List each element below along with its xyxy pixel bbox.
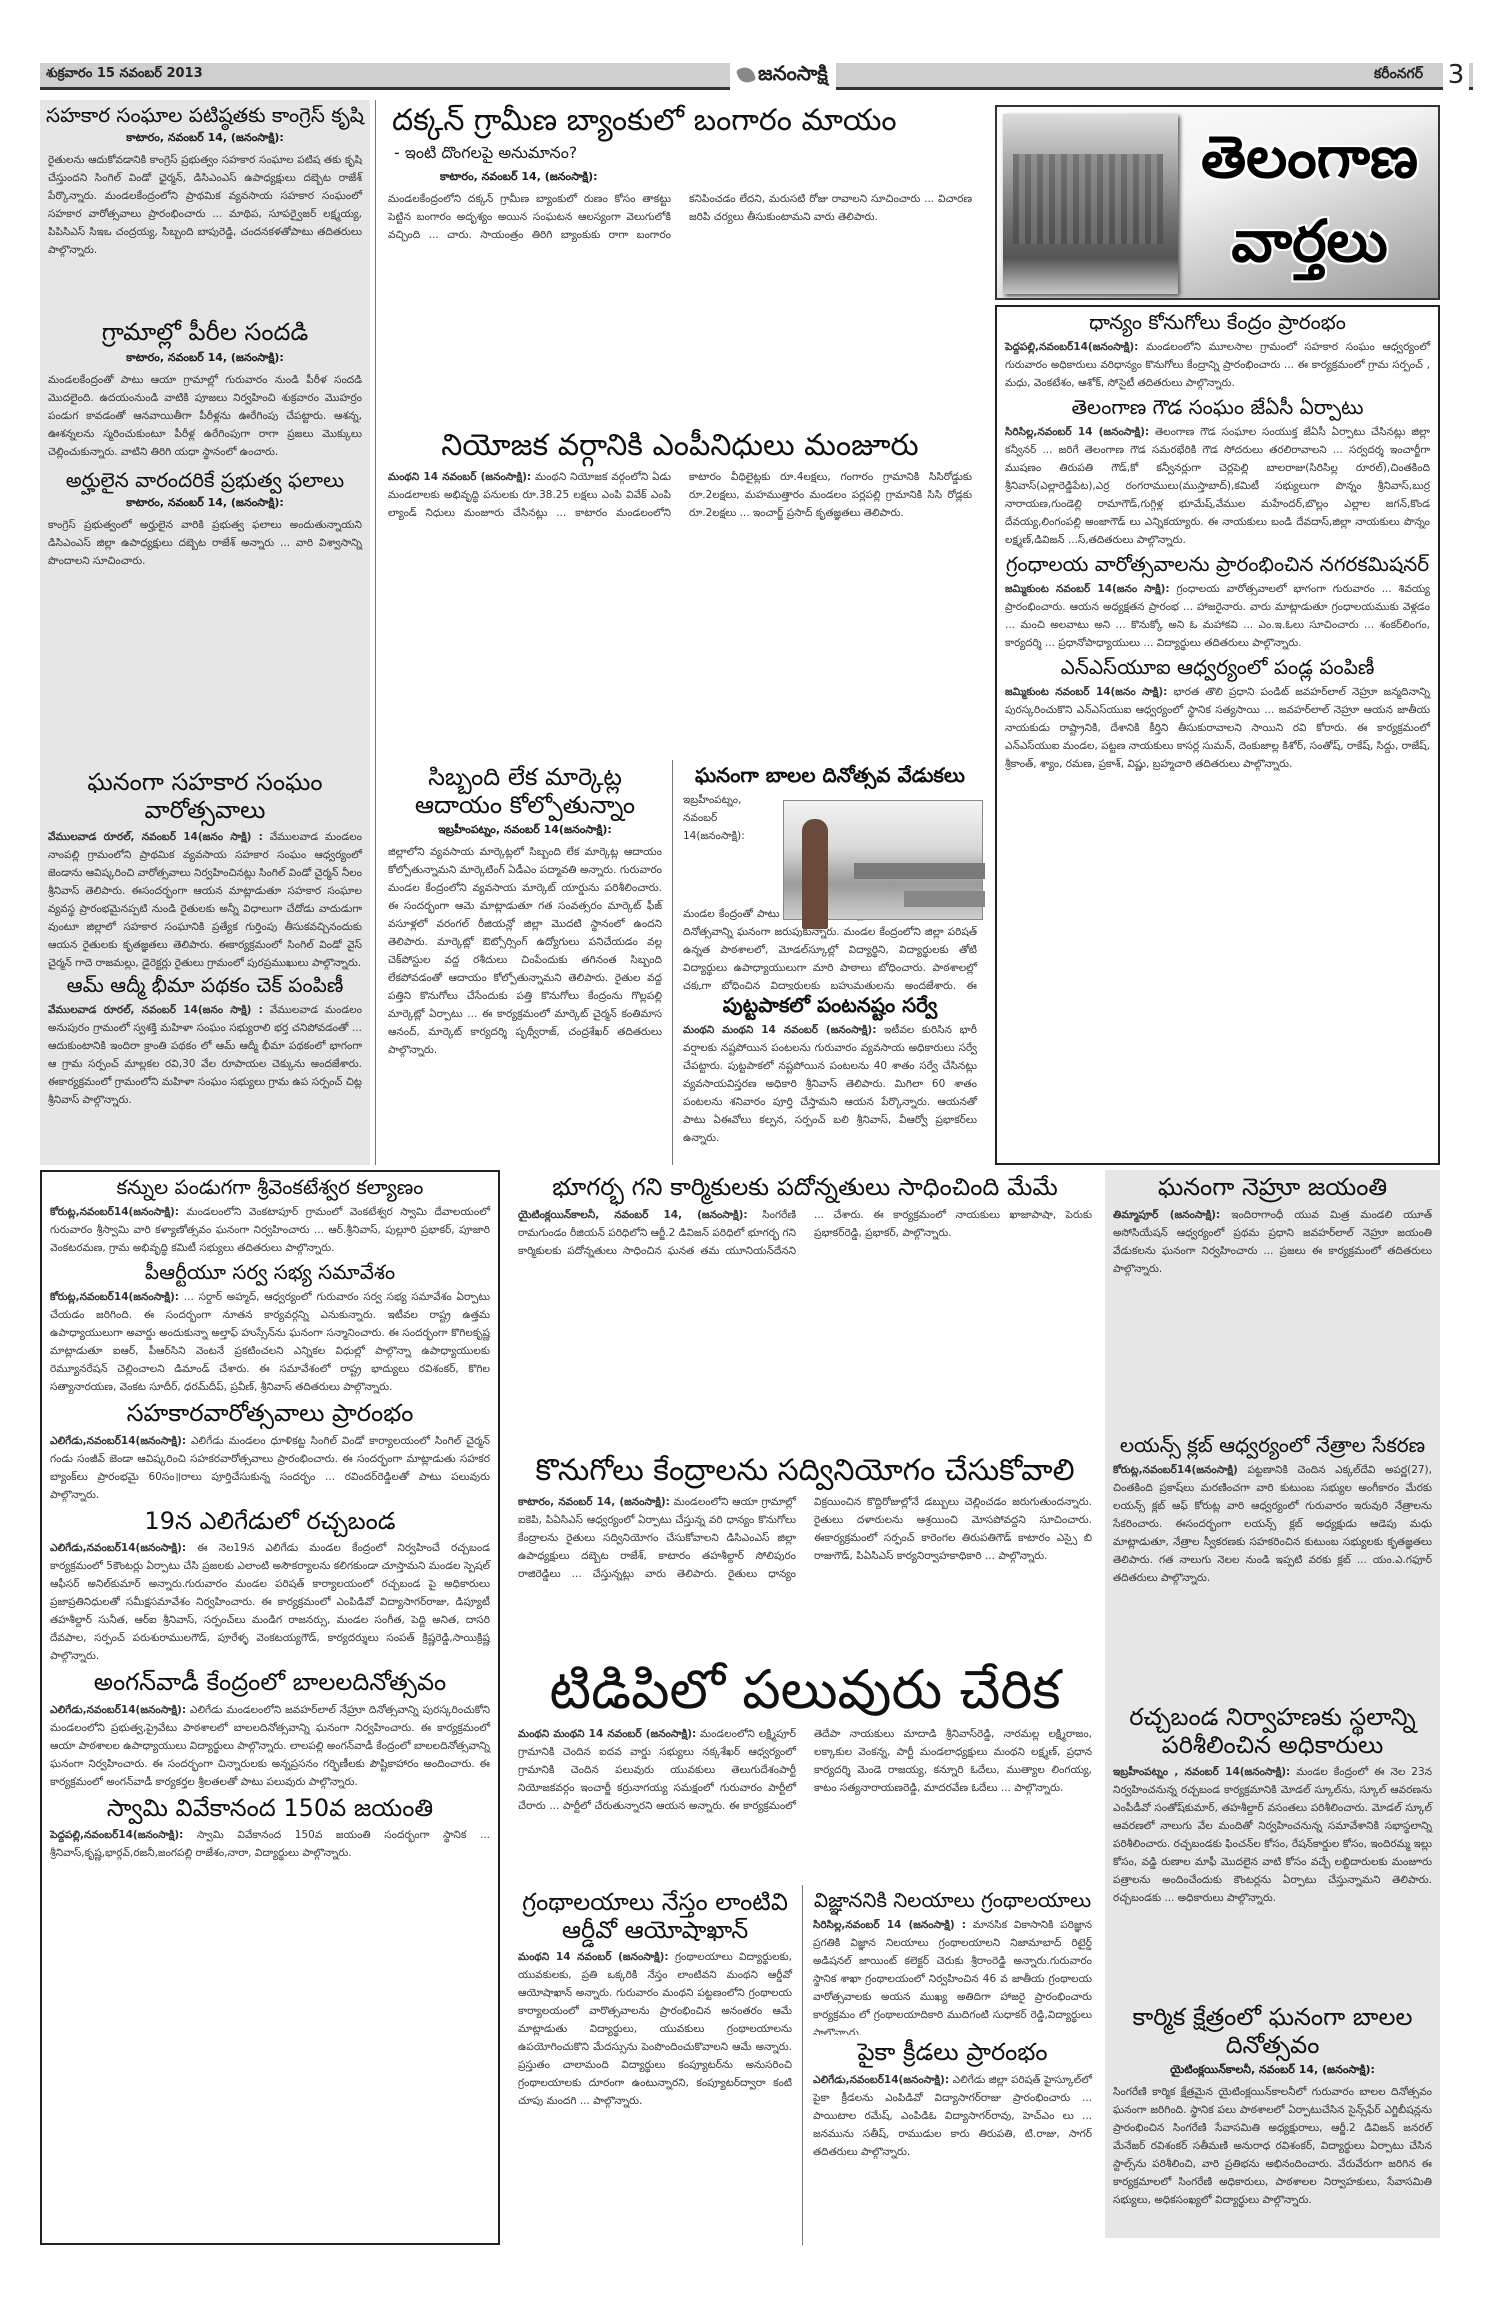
edition-name: కరీంనగర్ (1374, 66, 1423, 85)
headline: దక్కన్ గ్రామీణ బ్యాంకులో బంగారం మాయం (392, 104, 974, 139)
dateline: కోరుట్ల,నవంబర్14(జనంసాక్షి): (50, 1291, 179, 1303)
headline: టిడిపిలో పలువురు చేరిక (516, 1659, 1094, 1721)
headline: గ్రామాల్లో పీరీల సందడి (46, 319, 364, 347)
headline: తెలంగాణ గౌడ సంఘం జేఏసీ ఏర్పాటు (1003, 396, 1432, 419)
page-number: 3 (1443, 60, 1469, 90)
article-sibbandi-leka: సిబ్బంది లేక మార్కెట్ల ఆదాయం కోల్పోతున్న… (380, 760, 670, 1165)
dateline: మంథని 14 నవంబర్ (జనంసాక్షి): (518, 1951, 669, 1963)
article-body: సింగరేణి కార్మిక క్షేత్రమైన యైటింక్లయిన్… (1113, 2083, 1432, 2209)
headline: విజ్ఞాననికి నిలయాలు గ్రంథాలయాలు (811, 1889, 1094, 1912)
headline: కొనుగోలు కేంద్రాలను సద్వినియోగం చేసుకోవా… (516, 1454, 1094, 1489)
dateline: ఇబ్రహీంపట్నం, నవంబర్ 14(జనంసాక్షి): (386, 823, 664, 839)
article-grandhalaya-commissioner: గ్రంధాలయ వారోత్సవాలను ప్రారంభించిన నగరకమ… (997, 553, 1438, 652)
golconda-fort-photo (1003, 114, 1178, 294)
article-lions-club: లయన్స్ క్లబ్ ఆధ్వర్యంలో నేత్రాల సేకరణ కో… (1105, 1430, 1440, 1700)
article-vignana-nilayalu: విజ్ఞాననికి నిలయాలు గ్రంథాలయాలు సిరిసిల్… (805, 1885, 1100, 2035)
article-grandhalayalu-nestham: గ్రంథాలయాలు నేస్తం లాంటివి ఆర్డీవో ఆయోషా… (510, 1885, 800, 2245)
subheadline: - ఇంటి దొంగలపై అనుమానం? (394, 143, 966, 166)
issue-date: శుక్రవారం 15 నవంబర్ 2013 (46, 66, 203, 84)
dateline: తిమ్మాపూర్ (జనంసాక్షి): (1113, 1209, 1220, 1221)
headline: గ్రంధాలయ వారోత్సవాలను ప్రారంభించిన నగరకమ… (1003, 553, 1432, 576)
headline: రచ్చబండ నిర్వాహణకు స్థలాన్ని పరిశీలించిన… (1111, 1704, 1434, 1759)
headline: అర్హులైన వారందరికే ప్రభుత్వ ఫలాలు (46, 469, 364, 492)
dateline: కోరుట్ల,నవంబర్14(జనంసాక్షి) (1113, 1464, 1238, 1476)
headline: భూగర్భ గని కార్మికులకు పదోన్నతులు సాధించ… (516, 1174, 1094, 1202)
article-body: యైటింక్లయిన్‌కాలనీ, నవంబర్ 14, (జనంసాక్ష… (518, 1206, 1092, 1260)
dateline: జమ్మికుంట నవంబర్ 14(జనం సాక్షి): (1005, 583, 1170, 595)
article-body: మండలకేంద్రంలోని దక్కన్ గ్రామీణ బ్యాంకులో… (388, 190, 972, 244)
dateline: కాటారం, నవంబర్ 14, (జనంసాక్షి): (46, 496, 364, 512)
article-telangana-gouda: తెలంగాణ గౌడ సంఘం జేఏసీ ఏర్పాటు సిరిసిల్ల… (997, 396, 1438, 549)
article-body: జిల్లాలోని వ్యవసాయ మార్కెట్లలో సిబ్బంది … (388, 843, 662, 1059)
headline: కన్నుల పండుగగా శ్రీవెంకటేశ్వర కల్యాణం (48, 1176, 492, 1199)
article-balala-dinotsava: ఘనంగా బాలల దినోత్సవ వేడుకలు ఇబ్రహీంపట్నం… (675, 760, 985, 990)
article-body: మండలకేంద్రంతో పాటు ఆయా గ్రామాల్లో గురువా… (48, 371, 362, 461)
dateline: మంథని మంథని 14 నవంబర్ (జనంసాక్షి): (683, 1024, 876, 1036)
headline: నియోజక వర్గానికి ఎంపీనిధులు మంజూరు (386, 429, 974, 464)
dateline: కాటారం, నవంబర్ 14, (జనంసాక్షి): (46, 351, 364, 367)
dateline: కాటారం, నవంబర్ 14, (జనంసాక్షి): (46, 131, 364, 147)
article-peerla-sandadi: గ్రామాల్లో పీరీల సందడి కాటారం, నవంబర్ 14… (40, 315, 370, 465)
headline: సహకారవారోత్సవాలు ప్రారంభం (48, 1400, 492, 1428)
headline: పీఆర్టీయూ సర్వ సభ్య సమావేశం (48, 1261, 492, 1284)
article-aam-admi: ఆమ్ ఆద్మీ భీమా పథకం చెక్ పంపిణీ వేములవాడ… (40, 970, 370, 1165)
article-puttapaka: పుట్టపాకలో పంటనష్టం సర్వే మంథని మంథని 14… (675, 990, 985, 1165)
article-rachabanda-19: 19న ఎలిగేడులో రచ్చబండ ఎలిగేడు,నవంబర్14(జ… (42, 1508, 498, 1666)
article-vivekananda: స్వామి వివేకానంద 150వ జయంతి పెద్దపల్లి,న… (42, 1795, 498, 1863)
headline: పుట్టపాకలో పంటనష్టం సర్వే (681, 994, 979, 1017)
dateline: కాటారం, నవంబర్ 14, (జనంసాక్షి): (518, 1496, 670, 1508)
headline: సిబ్బంది లేక మార్కెట్ల ఆదాయం కోల్పోతున్న… (386, 764, 664, 819)
headline: ఆమ్ ఆద్మీ భీమా పథకం చెక్ పంపిణీ (46, 974, 364, 997)
article-arhulaina: అర్హులైన వారందరికే ప్రభుత్వ ఫలాలు కాటారం… (40, 465, 370, 765)
headline: ఘనంగా సహకార సంఘం వారోత్సవాలు (46, 769, 364, 824)
dateline: జమ్మికుంట నవంబర్ 14(జనం సాక్షి): (1005, 686, 1167, 698)
headline: లయన్స్ క్లబ్ ఆధ్వర్యంలో నేత్రాల సేకరణ (1111, 1434, 1434, 1457)
article-body: మంథని మంథని 14 నవంబర్ (జనంసాక్షి): మండలం… (518, 1725, 1092, 1815)
article-rachabanda-sthalam: రచ్చబండ నిర్వాహణకు స్థలాన్ని పరిశీలించిన… (1105, 1700, 1440, 2000)
headline: అంగన్‌వాడీ కేంద్రంలో బాలలదినోత్సవం (48, 1669, 492, 1697)
article-dhanyam-konugolu: ధాన్యం కోనుగోలు కేంద్రం ప్రారంభం పెద్దపల… (997, 311, 1438, 392)
classroom-photo (783, 800, 983, 920)
article-body: రైతులను ఆదుకోవడానికి కాంగ్రెస్ ప్రభుత్వం… (48, 151, 362, 259)
dateline: వేములవాడ రూరల్, నవంబర్ 14(జనం సాక్షి) : (48, 1004, 263, 1016)
headline: 19న ఎలిగేడులో రచ్చబండ (48, 1508, 492, 1536)
headline: ఘనంగా బాలల దినోత్సవ వేడుకలు (681, 764, 979, 787)
dateline: పెద్దపల్లి,నవంబర్14(జనంసాక్షి): (1005, 341, 1138, 353)
banner-title: తెలంగాణ వార్తలు (1187, 115, 1432, 283)
article-body: మంథని మంథని 14 నవంబర్ (జనంసాక్షి): ఇటీవల… (683, 1021, 977, 1147)
headline: కార్మిక క్షేత్రంలో ఘనంగా బాలల దినోత్సవం (1111, 2004, 1434, 2059)
article-karmika-kshetram: కార్మిక క్షేత్రంలో ఘనంగా బాలల దినోత్సవం … (1105, 2000, 1440, 2238)
dateline: ఎలిగేడు,నవంబర్14(జనంసాక్షి): (50, 1435, 186, 1447)
map-leaf-icon (736, 65, 757, 86)
article-tdp-cherika: టిడిపిలో పలువురు చేరిక మంథని మంథని 14 నవ… (510, 1655, 1100, 1885)
article-body: కాంగ్రెస్ ప్రభుత్వంలో అర్హులైన వారికి ప్… (48, 516, 362, 570)
dateline: సిరిసిల్ల,నవంబర్ 14 (జనంసాక్షి) : (813, 1919, 966, 1931)
dateline: ఎలిగేడు,నవంబర్14(జనంసాక్షి): (813, 2074, 949, 2086)
masthead: శుక్రవారం 15 నవంబర్ 2013 జనంసాక్షి కరీంన… (40, 63, 1473, 90)
dateline: కాటారం, నవంబర్ 14, (జనంసాక్షి): (440, 170, 974, 186)
bottom-left-section: కన్నుల పండుగగా శ్రీవెంకటేశ్వర కల్యాణం కో… (40, 1170, 500, 2245)
headline: ఘనంగా నెహ్రూ జయంతి (1111, 1174, 1434, 1202)
article-venkateshwara-kalyanam: కన్నుల పండుగగా శ్రీవెంకటేశ్వర కల్యాణం కో… (42, 1176, 498, 1257)
dateline: యైటింక్లయిన్‌కాలనీ, నవంబర్ 14, (జనంసాక్ష… (518, 1209, 748, 1221)
headline: ధాన్యం కోనుగోలు కేంద్రం ప్రారంభం (1003, 311, 1432, 334)
dateline: ఇబ్రహీంపట్నం, నవంబర్ 14(జనంసాక్షి): (683, 791, 775, 845)
dateline: ఎలిగేడు,నవంబర్14(జనంసాక్షి): (50, 1704, 186, 1716)
telangana-news-section: ధాన్యం కోనుగోలు కేంద్రం ప్రారంభం పెద్దపల… (995, 305, 1440, 1165)
headline: గ్రంథాలయాలు నేస్తం లాంటివి ఆర్డీవో ఆయోషా… (516, 1889, 794, 1944)
telangana-news-banner: తెలంగాణ వార్తలు (995, 105, 1440, 300)
article-konugolu-sadviniyogam: కొనుగోలు కేంద్రాలను సద్వినియోగం చేసుకోవా… (510, 1450, 1100, 1650)
article-prtu: పీఆర్టీయూ సర్వ సభ్య సమావేశం కోరుట్ల,నవంబ… (42, 1261, 498, 1396)
dateline: మంథని మంథని 14 నవంబర్ (జనంసాక్షి): (518, 1728, 696, 1740)
article-deccan-grameena: దక్కన్ గ్రామీణ బ్యాంకులో బంగారం మాయం - ఇ… (380, 100, 980, 420)
article-ghananga-sahakara: ఘనంగా సహకార సంఘం వారోత్సవాలు వేములవాడ రూ… (40, 765, 370, 970)
column-divider (672, 760, 673, 1165)
paper-name: జనంసాక్షి (758, 61, 828, 90)
column-divider (375, 100, 376, 1165)
article-paika-kreedalu: పైకా క్రీడలు ప్రారంభం ఎలిగేడు,నవంబర్14(జ… (805, 2035, 1100, 2245)
article-body: వేములవాడ రూరల్, నవంబర్ 14(జనం సాక్షి) : … (48, 1001, 362, 1109)
dateline: సిరిసిల్ల,నవంబర్ 14 (జనంసాక్షి): (1005, 426, 1149, 438)
article-sahakara-varotsavalu: సహకారవారోత్సవాలు ప్రారంభం ఎలిగేడు,నవంబర్… (42, 1400, 498, 1504)
dateline: కోరుట్ల,నవంబర్14(జనంసాక్షి): (50, 1206, 179, 1218)
article-body: కాటారం, నవంబర్ 14, (జనంసాక్షి): మండలంలోన… (518, 1493, 1092, 1583)
dateline: పెద్దపల్లి,నవంబర్14(జనంసాక్షి): (50, 1829, 183, 1841)
article-sahakara-congress: సహకార సంఘాల పటిష్ఠతకు కాంగ్రెస్ కృషి కాట… (40, 100, 370, 315)
article-nsui-pandla: ఎన్‌ఎస్‌యూఐ ఆధ్వర్యంలో పండ్ల పంపిణీ జమ్మ… (997, 656, 1438, 773)
column-divider (802, 1885, 803, 2245)
dateline: ఎలిగేడు,నవంబర్14(జనంసాక్షి): (50, 1542, 186, 1554)
headline: సహకార సంఘాల పటిష్ఠతకు కాంగ్రెస్ కృషి (46, 104, 364, 127)
dateline: ఇబ్రహీంపట్నం , నవంబర్ 14(జనంసాక్షి): (1113, 1766, 1290, 1778)
article-niyojaka: నియోజక వర్గానికి ఎంపీనిధులు మంజూరు మంథని… (380, 425, 980, 755)
headline: ఎన్‌ఎస్‌యూఐ ఆధ్వర్యంలో పండ్ల పంపిణీ (1003, 656, 1432, 679)
dateline: వేములవాడ రూరల్, నవంబర్ 14(జనం సాక్షి) : (48, 831, 263, 843)
article-anganwadi: అంగన్‌వాడీ కేంద్రంలో బాలలదినోత్సవం ఎలిగే… (42, 1669, 498, 1791)
article-bhugarbha-gani: భూగర్భ గని కార్మికులకు పదోన్నతులు సాధించ… (510, 1170, 1100, 1445)
headline: పైకా క్రీడలు ప్రారంభం (811, 2039, 1094, 2067)
article-body: మంథని 14 నవంబర్ (జనంసాక్షి): మంథని నియోజ… (388, 468, 972, 522)
dateline: యైటింక్లయిన్‌కాలనీ, నవంబర్ 14, (జనంసాక్ష… (1111, 2063, 1434, 2079)
article-nehru-jayanthi: ఘనంగా నెహ్రూ జయంతి తిమ్మాపూర్ (జనంసాక్షి… (1105, 1170, 1440, 1430)
article-body: వేములవాడ రూరల్, నవంబర్ 14(జనం సాక్షి) : … (48, 828, 362, 970)
dateline: మంథని 14 నవంబర్ (జనంసాక్షి): (388, 471, 531, 483)
paper-logo: జనంసాక్షి (730, 59, 836, 91)
headline: స్వామి వివేకానంద 150వ జయంతి (48, 1795, 492, 1823)
